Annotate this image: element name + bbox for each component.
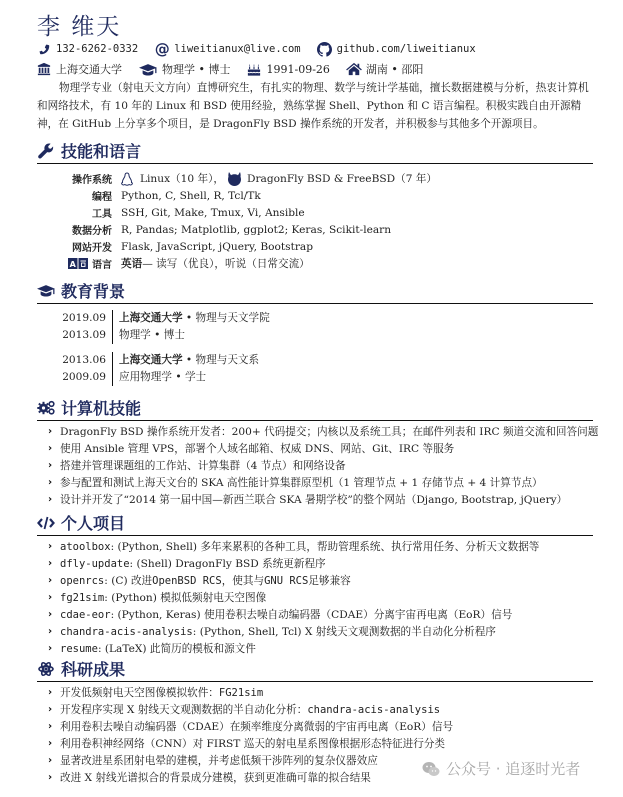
projects-list: ›atoolbox: (Python, Shell) 多年来累积的各种工具，帮助…: [48, 538, 608, 657]
section-header-computer-skills: 计算机技能: [37, 395, 593, 421]
list-item: ›参与配置和测试上海天文台的 SKA 高性能计算集群原型机（1 管理节点 + 1…: [48, 474, 608, 491]
chevron-right-icon: ›: [48, 704, 60, 715]
list-item: ›openrcs: (C) 改进 OpenBSD RCS，使其与 GNU RCS…: [48, 572, 608, 589]
list-item: ›cdae-eor: (Python, Keras) 使用卷积去噪自动编码器（C…: [48, 606, 608, 623]
project-desc: : (Shell) DragonFly BSD 系统更新程序: [130, 556, 326, 571]
section-header-research: 科研成果: [37, 656, 593, 682]
section-title: 教育背景: [61, 279, 125, 302]
contact-university: 上海交通大学: [36, 61, 122, 77]
item-text: 利用卷积神经网络（CNN）对 FIRST 巡天的射电星系图像根据形态特征进行分类: [60, 736, 445, 751]
skill-value: SSH, Git, Make, Tmux, Vi, Ansible: [121, 207, 305, 219]
language-icon: A: [68, 258, 88, 269]
item-text: 使用 Ansible 管理 VPS，部署个人域名邮箱、权威 DNS、网站、Git…: [60, 441, 454, 456]
project-desc: : (Python) 模拟低频射电天空图像: [104, 590, 266, 605]
graduation-cap-icon: [138, 61, 158, 77]
list-item: ›dfly-update: (Shell) DragonFly BSD 系统更新…: [48, 555, 608, 572]
list-item: ›chandra-acis-analysis: (Python, Shell, …: [48, 623, 608, 640]
chevron-right-icon: ›: [48, 558, 60, 569]
phone-icon: [36, 41, 52, 57]
watermark: 公众号 · 追逐时光者: [422, 758, 580, 779]
contact-row-2: 上海交通大学 物理学 • 博士 1991-09-26 湖南 • 邵阳: [36, 60, 439, 78]
item-text: 搭建并管理课题组的工作站、计算集群（4 节点）和网络设备: [60, 458, 346, 473]
project-desc: : (LaTeX) 此简历的模板和源文件: [98, 641, 256, 656]
language-level: — 读写（优良），听说（日常交流）: [142, 256, 310, 271]
item-mono: FG21sim: [219, 687, 263, 699]
graduation-cap-icon: [37, 282, 55, 300]
project-desc: : (Python, Shell, Tcl) X 射线天文观测数据的半自动化分析…: [193, 624, 496, 639]
section-header-projects: 个人项目: [37, 510, 593, 536]
skill-value: Flask, JavaScript, jQuery, Bootstrap: [121, 241, 313, 253]
item-text: DragonFly BSD 操作系统开发者：200+ 代码提交；内核以及系统工具…: [60, 424, 598, 439]
skill-label-with-icon: A 语言: [60, 256, 112, 271]
contact-phone[interactable]: 132-6262-0332: [36, 41, 138, 57]
chevron-right-icon: ›: [48, 426, 60, 437]
section-title: 个人项目: [61, 511, 125, 534]
skill-row-data-analysis: 数据分析 R, Pandas; Matplotlib, ggplot2; Ker…: [60, 221, 580, 238]
skill-row-os: 操作系统 Linux（10 年）， DragonFly BSD & FreeBS…: [60, 170, 580, 187]
item-text: 显著改进星系团射电晕的建模，并考虑低频干涉阵列的复杂仪器效应: [60, 753, 378, 768]
project-desc: : (Python, Keras) 使用卷积去噪自动编码器（CDAE）分离宇宙再…: [111, 607, 513, 622]
project-desc: : (C) 改进: [104, 573, 152, 588]
skill-value: R, Pandas; Matplotlib, ggplot2; Keras, S…: [121, 224, 391, 236]
tux-icon: [121, 172, 135, 186]
project-name[interactable]: atoolbox: [60, 541, 111, 553]
item-mono: chandra-acis-analysis: [307, 704, 440, 716]
start-date: 2013.09: [60, 327, 106, 344]
item-text: 开发程序实现 X 射线天文观测数据的半自动化分析：: [60, 702, 307, 717]
university-icon: [36, 61, 52, 77]
list-item: ›利用卷积去噪自动编码器（CDAE）在频率维度分离微弱的宇宙再电离（EoR）信号: [48, 718, 608, 735]
chevron-right-icon: ›: [48, 687, 60, 698]
education-dates: 2019.09 2013.09: [60, 310, 112, 344]
section-header-skills: 技能和语言: [37, 138, 593, 164]
degree: 物理学 • 博士: [119, 327, 270, 344]
project-name[interactable]: cdae-eor: [60, 609, 111, 621]
degree: 应用物理学 • 学士: [119, 369, 259, 386]
code-icon: [37, 514, 55, 532]
computer-skills-list: ›DragonFly BSD 操作系统开发者：200+ 代码提交；内核以及系统工…: [48, 423, 608, 508]
skill-label: 操作系统: [60, 171, 112, 186]
project-desc: 足够兼容: [308, 573, 350, 588]
chevron-right-icon: ›: [48, 772, 60, 783]
chevron-right-icon: ›: [48, 626, 60, 637]
section-title: 技能和语言: [61, 139, 141, 162]
skill-label: 编程: [60, 188, 112, 203]
skill-row-web: 网站开发 Flask, JavaScript, jQuery, Bootstra…: [60, 238, 580, 255]
chevron-right-icon: ›: [48, 443, 60, 454]
end-date: 2013.06: [60, 352, 106, 369]
section-title: 计算机技能: [61, 396, 141, 419]
department: • 物理与天文系: [183, 354, 260, 366]
education-entry: 2013.06 2009.09 上海交通大学 • 物理与天文系 应用物理学 • …: [60, 352, 540, 386]
item-text: 开发低频射电天空图像模拟软件：: [60, 685, 219, 700]
list-item: ›搭建并管理课题组的工作站、计算集群（4 节点）和网络设备: [48, 457, 608, 474]
chevron-right-icon: ›: [48, 643, 60, 654]
item-text: 利用卷积去噪自动编码器（CDAE）在频率维度分离微弱的宇宙再电离（EoR）信号: [60, 719, 453, 734]
chevron-right-icon: ›: [48, 494, 60, 505]
os-linux-text: Linux（10 年），: [140, 171, 224, 186]
item-text: 参与配置和测试上海天文台的 SKA 高性能计算集群原型机（1 管理节点 + 1 …: [60, 475, 543, 490]
project-name[interactable]: openrcs: [60, 575, 104, 587]
section-header-education: 教育背景: [37, 278, 593, 304]
project-name[interactable]: fg21sim: [60, 592, 104, 604]
project-name[interactable]: chandra-acis-analysis: [60, 626, 193, 638]
watermark-text: 公众号 · 追逐时光者: [446, 758, 580, 779]
contact-github[interactable]: github.com/liweitianux: [317, 41, 476, 57]
skills-table: 操作系统 Linux（10 年）， DragonFly BSD & FreeBS…: [60, 170, 580, 272]
skill-row-programming: 编程 Python, C, Shell, R, Tcl/Tk: [60, 187, 580, 204]
education-dates: 2013.06 2009.09: [60, 352, 112, 386]
hometown-text: 湖南 • 邵阳: [366, 61, 423, 77]
skill-label: 语言: [92, 256, 112, 271]
project-name[interactable]: dfly-update: [60, 558, 130, 570]
cogs-icon: [37, 399, 55, 417]
skill-value: 英语 — 读写（优良），听说（日常交流）: [121, 256, 310, 271]
project-desc: : (Python, Shell) 多年来累积的各种工具，帮助管理系统、执行常用…: [111, 539, 540, 554]
chevron-right-icon: ›: [48, 592, 60, 603]
school-name: 上海交通大学: [119, 354, 183, 366]
item-text: 改进 X 射线光谱拟合的背景成分建模，获到更准确可靠的拟合结果: [60, 770, 371, 785]
project-desc-mono: GNU RCS: [264, 575, 308, 587]
project-desc-mono: OpenBSD RCS: [152, 575, 222, 587]
education-info: 上海交通大学 • 物理与天文系 应用物理学 • 学士: [112, 352, 259, 386]
list-item: ›atoolbox: (Python, Shell) 多年来累积的各种工具，帮助…: [48, 538, 608, 555]
list-item: ›利用卷积神经网络（CNN）对 FIRST 巡天的射电星系图像根据形态特征进行分…: [48, 735, 608, 752]
education-list: 2019.09 2013.09 上海交通大学 • 物理与天文学院 物理学 • 博…: [60, 310, 540, 394]
language-name: 英语: [121, 256, 142, 271]
phone-text: 132-6262-0332: [56, 43, 138, 55]
chevron-right-icon: ›: [48, 738, 60, 749]
item-text: 设计并开发了“2014 第一届中国—新西兰联合 SKA 暑期学校”的整个网站（D…: [60, 492, 567, 507]
atom-icon: [37, 660, 55, 678]
skill-row-language: A 语言 英语 — 读写（优良），听说（日常交流）: [60, 255, 580, 272]
list-item: ›fg21sim: (Python) 模拟低频射电天空图像: [48, 589, 608, 606]
os-bsd-text: DragonFly BSD & FreeBSD（7 年）: [247, 171, 437, 186]
skill-label: 数据分析: [60, 222, 112, 237]
chevron-right-icon: ›: [48, 460, 60, 471]
bsd-daemon-icon: [228, 172, 242, 186]
skill-label: 工具: [60, 205, 112, 220]
chevron-right-icon: ›: [48, 755, 60, 766]
education-entry: 2019.09 2013.09 上海交通大学 • 物理与天文学院 物理学 • 博…: [60, 310, 540, 344]
chevron-right-icon: ›: [48, 477, 60, 488]
contact-email[interactable]: @ liweitianux@live.com: [154, 41, 300, 57]
end-date: 2019.09: [60, 310, 106, 327]
list-item: ›开发低频射电天空图像模拟软件：FG21sim: [48, 684, 608, 701]
start-date: 2009.09: [60, 369, 106, 386]
university-text: 上海交通大学: [56, 61, 122, 77]
degree-text: 物理学 • 博士: [162, 61, 230, 77]
email-text: liweitianux@live.com: [174, 43, 300, 55]
department: • 物理与天文学院: [183, 312, 270, 324]
chevron-right-icon: ›: [48, 609, 60, 620]
github-icon: [317, 41, 333, 57]
contact-degree: 物理学 • 博士: [138, 61, 230, 77]
birthday-text: 1991-09-26: [266, 63, 329, 76]
github-text: github.com/liweitianux: [337, 43, 476, 55]
education-info: 上海交通大学 • 物理与天文学院 物理学 • 博士: [112, 310, 270, 344]
project-name[interactable]: resume: [60, 643, 98, 655]
candidate-name: 李 维天: [37, 8, 121, 41]
list-item: ›DragonFly BSD 操作系统开发者：200+ 代码提交；内核以及系统工…: [48, 423, 608, 440]
home-icon: [346, 61, 362, 77]
contact-row-1: 132-6262-0332 @ liweitianux@live.com git…: [36, 40, 492, 58]
list-item: ›设计并开发了“2014 第一届中国—新西兰联合 SKA 暑期学校”的整个网站（…: [48, 491, 608, 508]
wechat-icon: [422, 761, 440, 777]
at-icon: @: [154, 41, 170, 57]
skill-value: Linux（10 年）， DragonFly BSD & FreeBSD（7 年…: [121, 171, 437, 186]
skill-label: 网站开发: [60, 239, 112, 254]
contact-hometown: 湖南 • 邵阳: [346, 61, 423, 77]
list-item: ›使用 Ansible 管理 VPS，部署个人域名邮箱、权威 DNS、网站、Gi…: [48, 440, 608, 457]
school-name: 上海交通大学: [119, 312, 183, 324]
list-item: ›resume: (LaTeX) 此简历的模板和源文件: [48, 640, 608, 657]
chevron-right-icon: ›: [48, 721, 60, 732]
birthday-cake-icon: [246, 61, 262, 77]
wrench-icon: [37, 142, 55, 160]
contact-birthday: 1991-09-26: [246, 61, 329, 77]
skill-value: Python, C, Shell, R, Tcl/Tk: [121, 190, 261, 202]
skill-row-tools: 工具 SSH, Git, Make, Tmux, Vi, Ansible: [60, 204, 580, 221]
section-title: 科研成果: [61, 657, 125, 680]
list-item: ›开发程序实现 X 射线天文观测数据的半自动化分析：chandra-acis-a…: [48, 701, 608, 718]
svg-text:A: A: [70, 260, 77, 269]
project-desc: ，使其与: [222, 573, 264, 588]
chevron-right-icon: ›: [48, 541, 60, 552]
chevron-right-icon: ›: [48, 575, 60, 586]
summary-paragraph: 物理学专业（射电天文方向）直博研究生，有扎实的物理、数学与统计学基础，擅长数据建…: [37, 79, 590, 133]
